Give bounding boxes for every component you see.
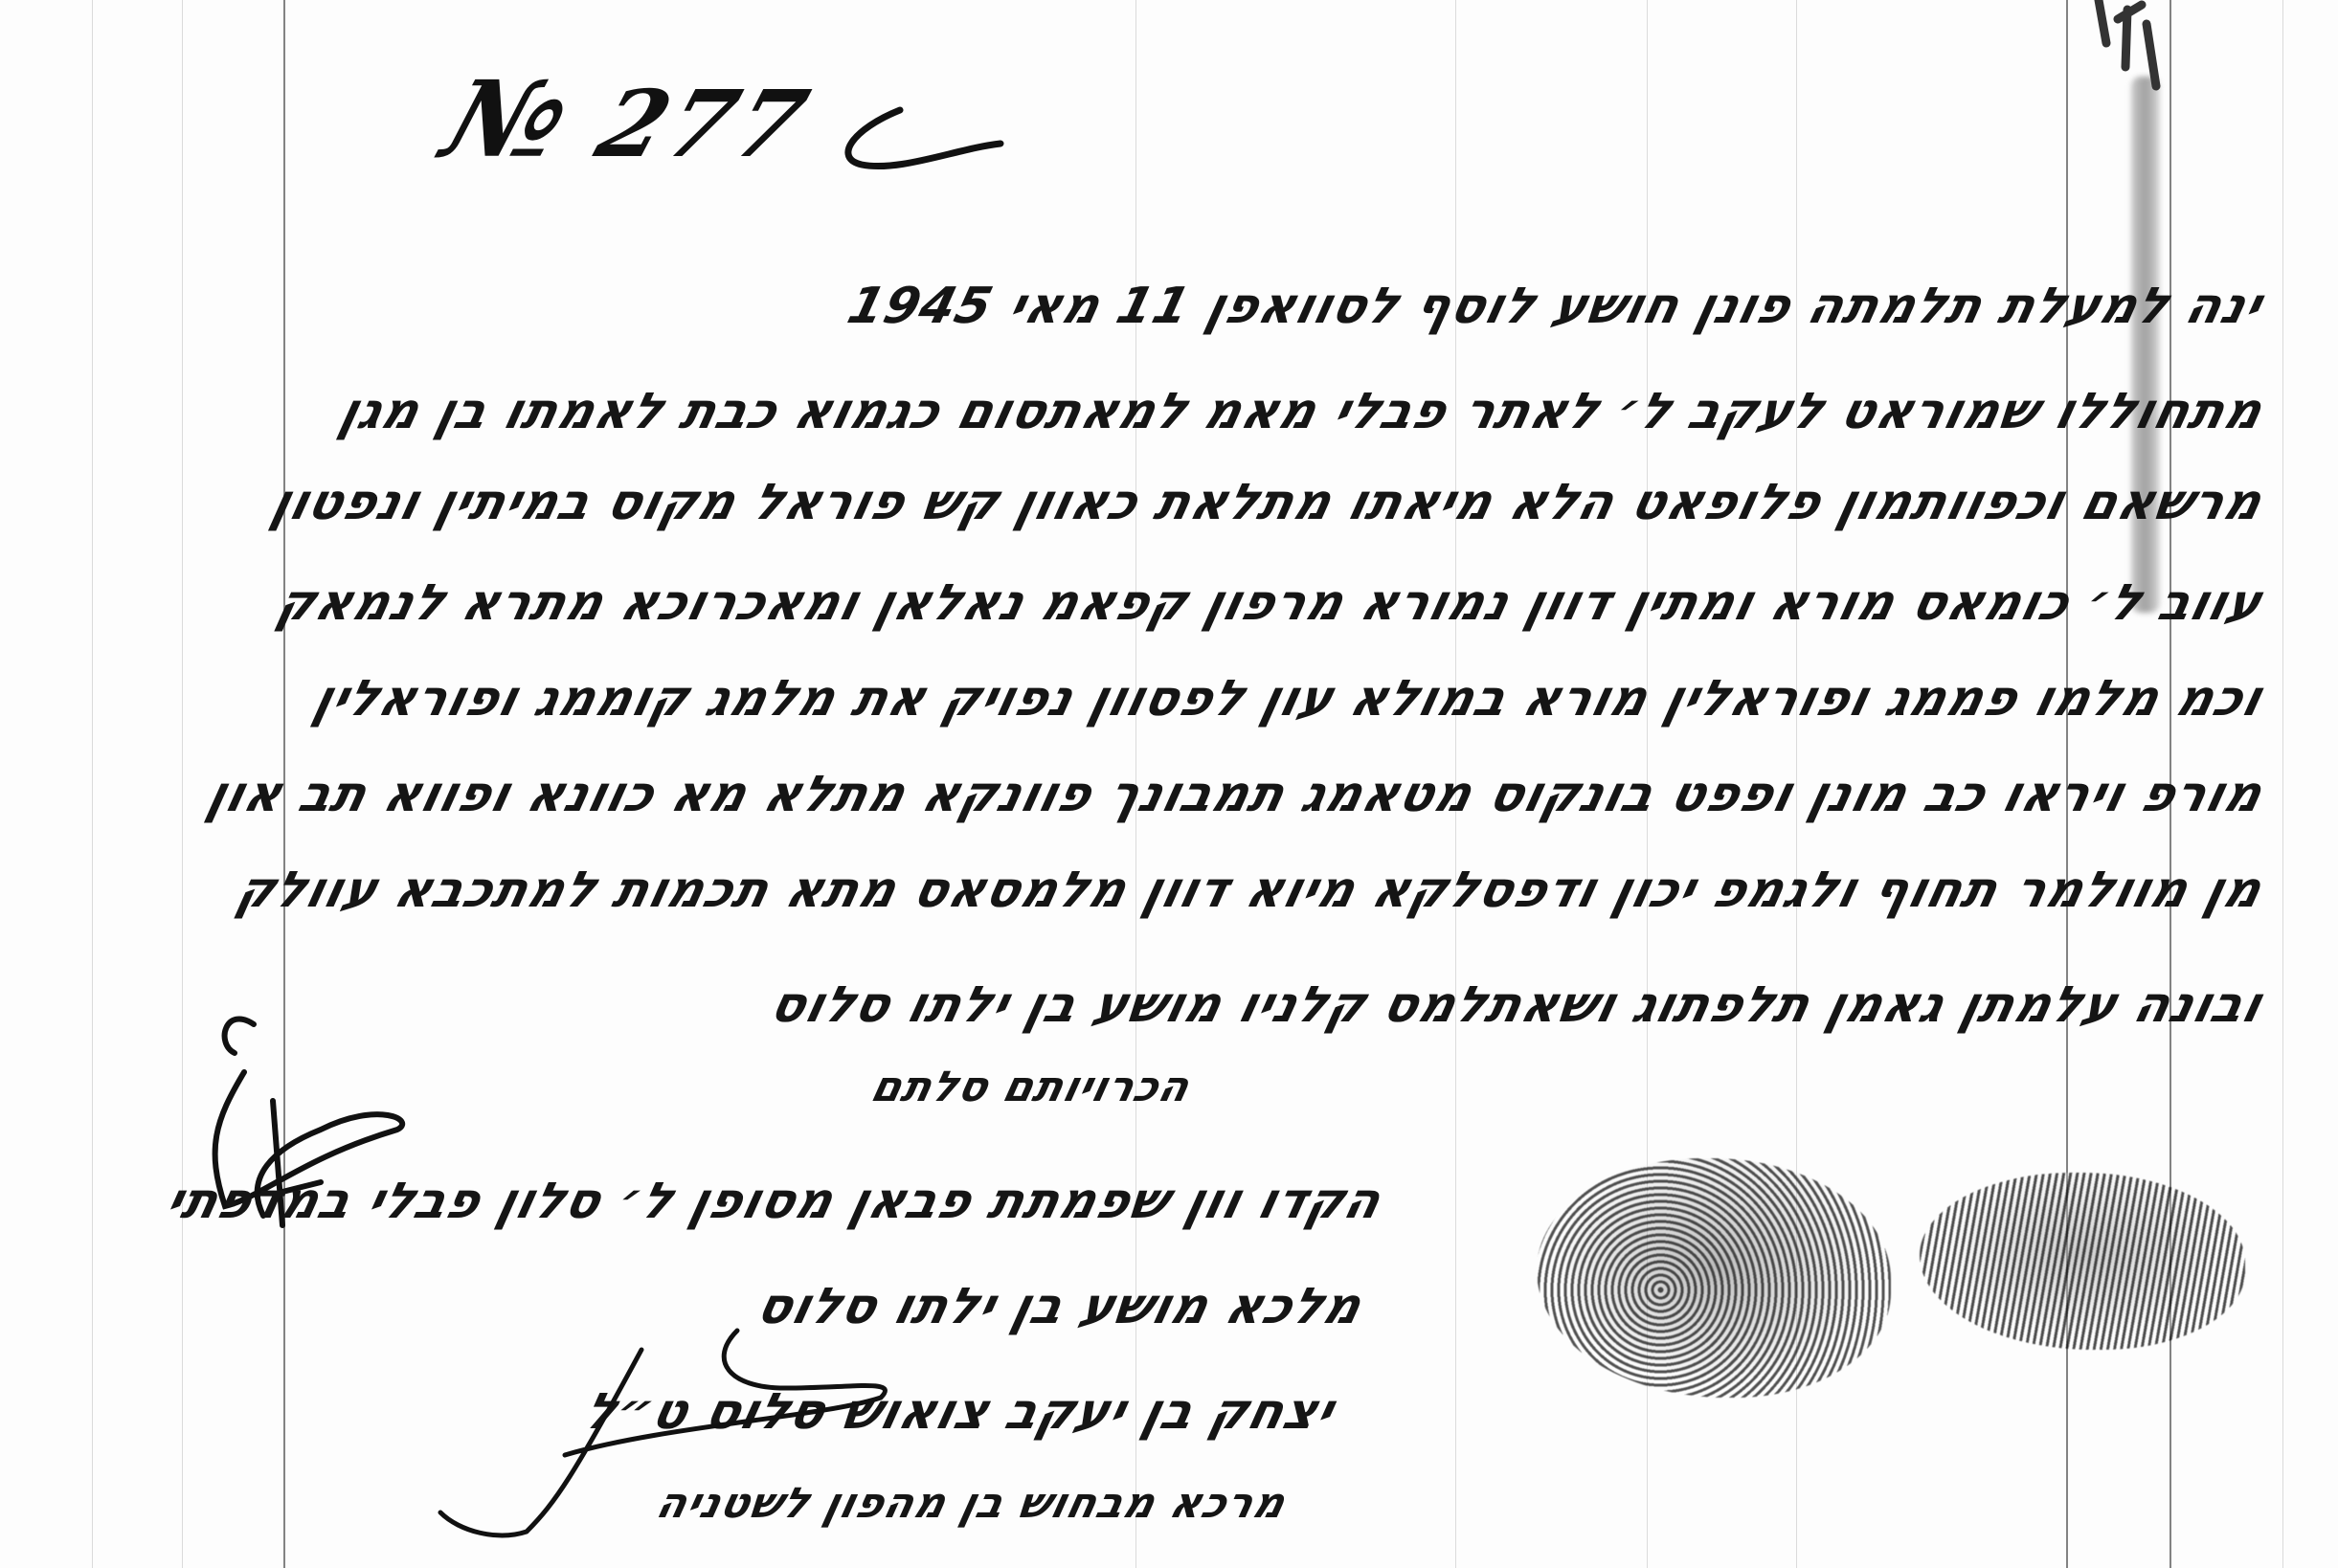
body-line-5: וכמ מלמו פממג ופוראלין מורא במולא עון לפ…	[308, 670, 2269, 728]
fingerprint-right	[1920, 1173, 2245, 1350]
number-value: 277	[585, 70, 823, 178]
closing-line-1: הקדו וון שפמתת פבאן מסופן ל׳ סלון פבלי ב…	[161, 1173, 1388, 1230]
body-line-4: עווב ל׳ כומאס מורא ומתין דוון נמורא מרפו…	[272, 574, 2269, 632]
flourish-icon	[823, 105, 1005, 182]
ruling-line	[182, 0, 183, 1568]
paper-fold-shadow	[2131, 77, 2160, 613]
signature-flourish-icon	[421, 1321, 919, 1551]
body-line-7: מן מוולמר תחוף ולגמפ יכון ודפסלקא מיוא ד…	[232, 862, 2269, 919]
body-line-1: ינה למעלת תלמתה פונן חושע לוסף לסוואפן 1…	[843, 278, 2269, 335]
number-sign: №	[430, 57, 588, 181]
document-number: № 277	[430, 57, 827, 181]
witness-line: הכרויותם סלתם	[866, 1063, 1196, 1111]
ruling-line	[2282, 0, 2283, 1568]
corner-mark-icon	[2089, 0, 2175, 96]
fingerprint-left	[1537, 1158, 1891, 1398]
date-line: ינה למעלת תלמתה פונן חושע לוסף לסוואפן 1…	[843, 278, 2269, 335]
ruling-line	[92, 0, 93, 1568]
body-line-2: מתחוללו שמוראט לעקב ל׳ לאתר פבלי מאמ למא…	[333, 383, 2268, 440]
body-line-6: מורפ ויראו כב מונן ופפט בונקוס מטאמג תמב…	[201, 766, 2268, 823]
scanned-document-page: № 277 ינה למעלת תלמתה פונן חושע לוסף לסו…	[0, 0, 2338, 1568]
body-line-8: ובונה עלמתן גאמן תלפתוג ושאתלמס קלניו מו…	[765, 976, 2269, 1034]
body-line-3: מרשאם וכפוותמון פלופאט הלא מיאתו מתלאת כ…	[265, 474, 2268, 531]
